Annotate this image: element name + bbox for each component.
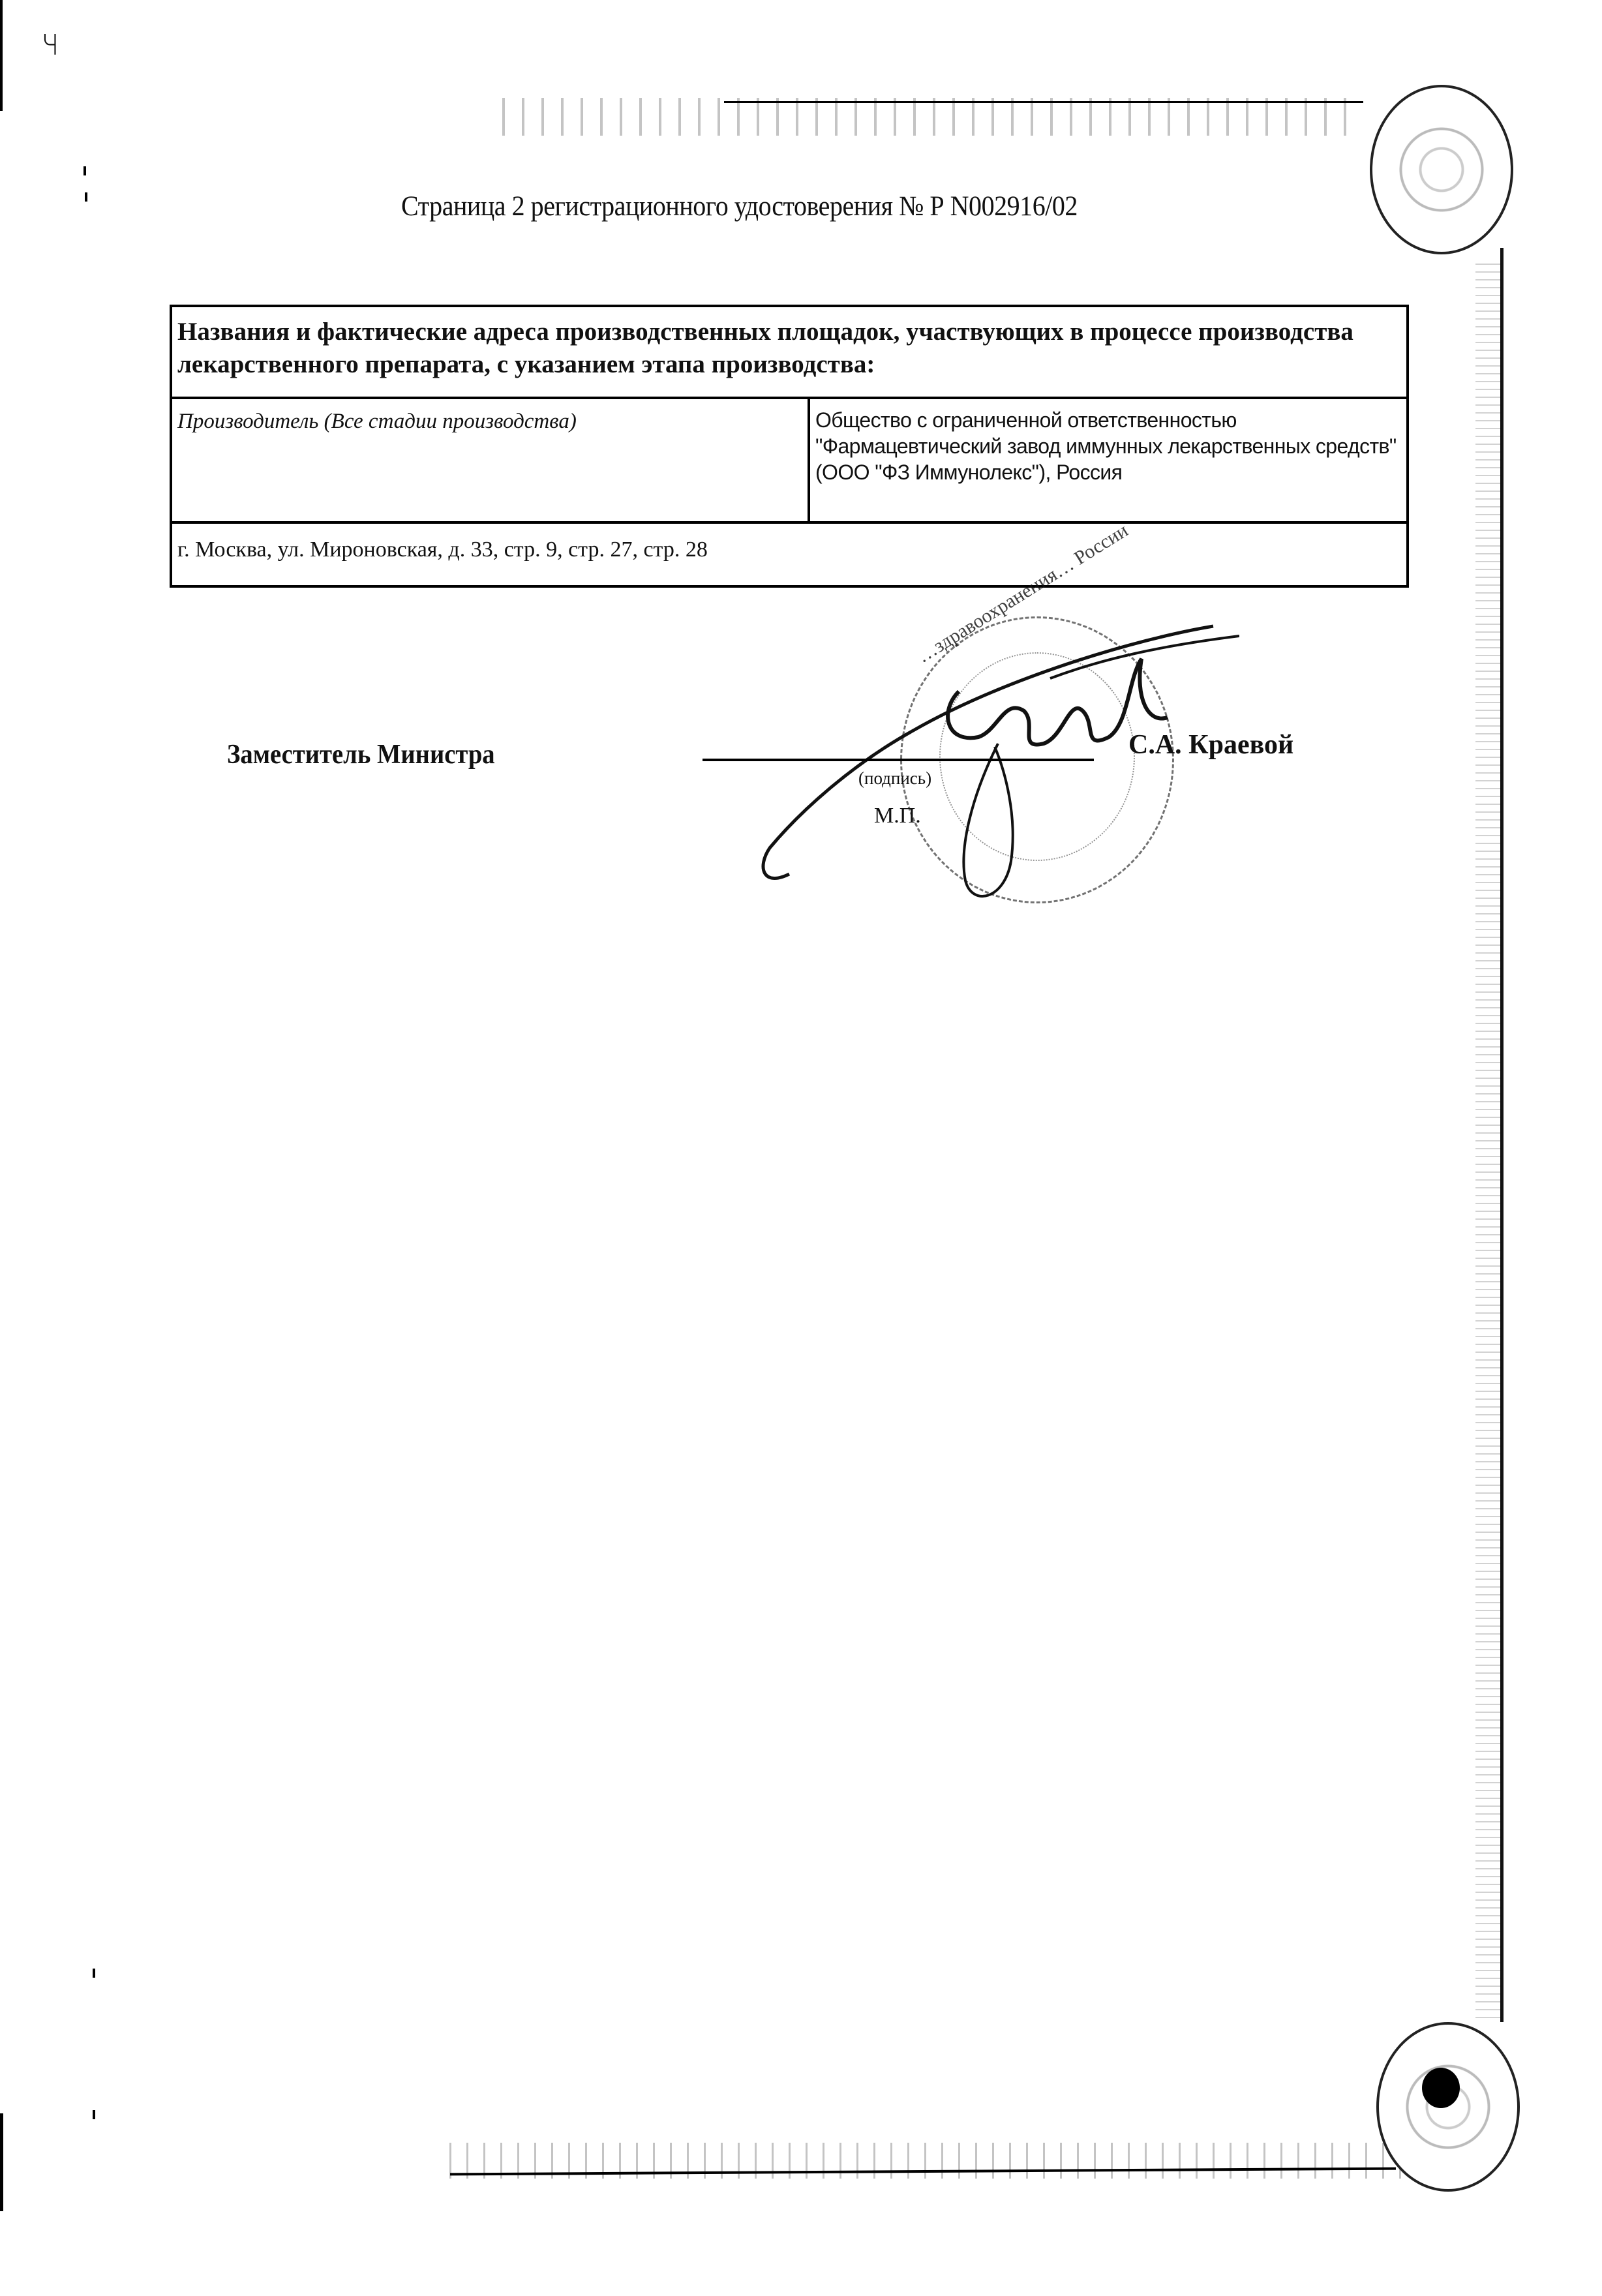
- decorative-border-top-line: [724, 101, 1363, 103]
- signatory-position: Заместитель Министра: [227, 739, 495, 770]
- seal-place-label: М.П.: [874, 804, 921, 828]
- production-sites-table: Названия и фактические адреса производст…: [170, 305, 1409, 588]
- punch-hole-mark: [83, 166, 86, 175]
- production-stage-cell: Производитель (Все стадии производства): [172, 399, 810, 521]
- rosette-ornament-icon: [1370, 85, 1513, 254]
- punch-hole-mark: [93, 1969, 95, 1978]
- signature-caption: (подпись): [858, 768, 931, 789]
- address-row: г. Москва, ул. Мироновская, д. 33, стр. …: [172, 521, 1406, 585]
- table-heading-row: Названия и фактические адреса производст…: [172, 307, 1406, 397]
- manufacturer-address: г. Москва, ул. Мироновская, д. 33, стр. …: [172, 524, 713, 585]
- manufacturer-name-cell: Общество с ограниченной ответственностью…: [810, 399, 1406, 521]
- table-row: Производитель (Все стадии производства) …: [172, 397, 1406, 521]
- punch-hole-mark: [93, 2110, 95, 2119]
- table-heading: Названия и фактические адреса производст…: [172, 307, 1406, 397]
- rosette-ornament-icon: [1376, 2022, 1520, 2192]
- rosette-center-dot-icon: [1422, 2068, 1460, 2108]
- signature-line: [703, 759, 1094, 761]
- decorative-border-right: [1475, 261, 1502, 2022]
- signatory-name: С.А. Краевой: [1128, 729, 1293, 761]
- punch-hole-mark: [85, 192, 87, 202]
- scan-edge-mark: [0, 2113, 3, 2211]
- decorative-border-right-line: [1500, 248, 1504, 2022]
- page-title: Страница 2 регистрационного удостоверени…: [401, 190, 1078, 222]
- handwritten-page-mark: ч: [41, 20, 59, 64]
- scan-edge-mark: [0, 0, 3, 111]
- decorative-border-top: [496, 98, 1363, 136]
